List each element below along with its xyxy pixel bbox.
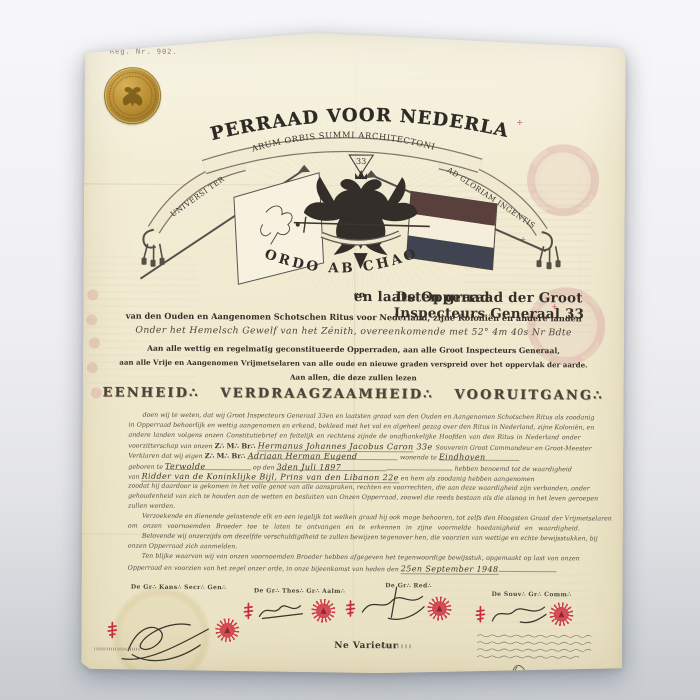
printed-text [498, 564, 556, 572]
signature-icon [488, 602, 546, 626]
handwritten-entry: 33e [414, 443, 436, 452]
certifier-signature-icon [497, 665, 561, 676]
printed-text: andere landen volgens onzen Constitutieb… [128, 432, 580, 442]
signature-block-4: De Souv∴ Gr∴ Comm∴ [475, 591, 587, 627]
printed-text: gehoudenheid van zich te houden aan de w… [128, 492, 598, 502]
signature-icon [120, 609, 212, 666]
handwritten-entry: 25en September 1948 [401, 565, 499, 576]
patriarchal-cross-icon [243, 602, 253, 619]
patriarchal-cross-icon [345, 599, 355, 616]
patriarchal-cross-icon [475, 605, 485, 622]
printed-text: Belovende wij onzerzijds om dezelfde ver… [142, 533, 598, 543]
printed-text: Opperraad en voorzien van het zegel onze… [128, 565, 401, 574]
red-seal-icon [427, 596, 451, 620]
printed-text: in Opperraad behoorlijk en wettig aangen… [129, 422, 595, 432]
signature-icon [358, 585, 424, 623]
red-seal-icon [311, 599, 335, 623]
printed-text: om onzen voornoemden Broeder toe te late… [128, 523, 580, 533]
printed-text: doen wij te weten, dat wij Groot Inspect… [143, 412, 595, 422]
printed-text: Verklaren dat wij eigen [128, 453, 204, 460]
printed-text: van [128, 473, 141, 480]
printed-text: Z∴ M∴ Br∴ [205, 451, 248, 460]
header-emblem: OPPERRAAD VOOR NEDERLAND RARUM ORBIS SUM… [83, 71, 625, 309]
signature-block-1: De Gr∴ Kans∴ Secr∴ Gen∴ [107, 584, 249, 666]
motto-banner: EENHEID∴ VERDRAAGZAAMHEID∴ VOORUITGANG∴ [83, 385, 624, 403]
svg-text:33: 33 [356, 157, 366, 166]
certificate-paper: + + + + Reg. Nr. 902. [81, 31, 626, 674]
body-line: Opperraad en voorzien van het zegel onze… [128, 562, 580, 575]
printer-imprint [94, 647, 140, 650]
printed-text: Ten blijke waarvan wij van onzen voornoe… [142, 553, 580, 563]
printed-text: Z∴ M∴ Br∴ [215, 441, 258, 450]
patriarchal-cross-icon [107, 621, 117, 638]
printed-text: wonende te [398, 455, 439, 462]
signature-block-2: De Gr∴ Thes∴ Gr∴ Aalm∴ [243, 587, 355, 623]
printed-text: en hem als zoodanig hebben aangenomen [399, 475, 535, 483]
ne-varietur-label: Ne Varietur [306, 641, 426, 652]
signatory-title: De Gr∴ Kans∴ Secr∴ Gen∴ [108, 584, 250, 592]
signatory-title: De Souv∴ Gr∴ Comm∴ [476, 591, 588, 599]
handwritten-entry: Adriaan Herman Eugend [248, 452, 398, 461]
handwritten-entry: Terwolde [165, 462, 251, 471]
registration-number: Reg. Nr. 902. [110, 48, 178, 56]
printed-text: onzen Opperraad zich aanmelden. [128, 543, 238, 551]
printed-text: Souverein Groot Commandeur en Groot-Mees… [436, 445, 592, 453]
handwritten-entry: 3den Juli 1897 [277, 463, 387, 472]
red-seal-icon [215, 618, 239, 642]
handwritten-entry: Eindhoven [439, 453, 519, 461]
printed-text [387, 463, 453, 471]
printed-text: zoodat hij daardoor is gekomen in het vo… [128, 482, 590, 492]
printed-text: voorzitterschap van onzen [128, 443, 214, 451]
certification-note [475, 632, 597, 681]
heading-1b: en laatsten graad [354, 289, 490, 306]
printed-text: Verzoekende en dienende gelastende elk e… [142, 513, 612, 523]
signatory-title: De Gr∴ Thes∴ Gr∴ Aalm∴ [244, 587, 356, 595]
red-seal-icon [549, 602, 573, 626]
signature-block-3: De Gr∴ Red∴ [345, 582, 471, 624]
photo-background: + + + + Reg. Nr. 902. [0, 0, 700, 700]
signature-icon [256, 598, 308, 622]
dutch-flag-icon [407, 191, 497, 270]
printed-text: op den [251, 465, 277, 472]
body-text: doen wij te weten, dat wij Groot Inspect… [128, 411, 581, 575]
printed-text: zullen worden. [128, 502, 175, 509]
